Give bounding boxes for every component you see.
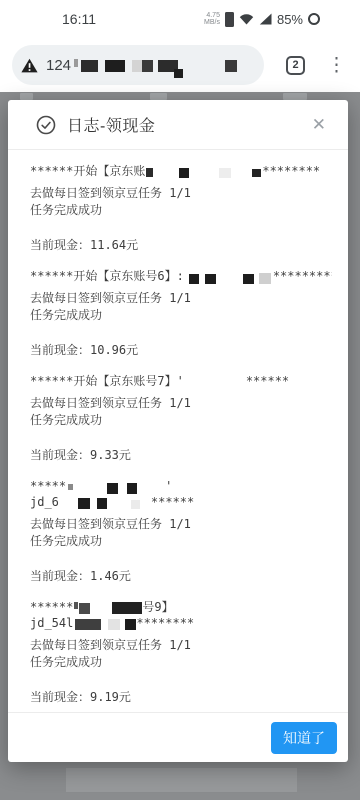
log-cash-line: 当前现金：1.46元 [30,568,332,584]
log-task-line: 去做每日签到领京豆任务 1/1 [30,395,332,412]
log-task-line: 去做每日签到领京豆任务 1/1 [30,637,332,654]
redaction-box [179,168,189,178]
log-list[interactable]: ******开始【京东账********去做每日签到领京豆任务 1/1任务完成成… [8,150,348,712]
browser-menu-button[interactable]: ⋮ [323,56,350,75]
log-text: ******开始【京东账号6】: [30,269,184,283]
redaction-box [108,619,120,630]
redaction-box [127,483,137,494]
clock: 16:11 [62,11,96,27]
url-redacted-text[interactable]: 124 [46,57,237,74]
redaction-box [75,619,101,630]
log-header-line: ******号9】 [30,599,332,615]
tab-switcher-button[interactable]: 2 [286,56,305,75]
redaction-box [107,483,118,494]
dialog-title: 日志-领现金 [67,113,155,136]
redaction-box [131,500,140,509]
status-bar: 16:11 4.75 MB/s 85% [0,0,360,38]
log-text: ****** [246,374,289,388]
battery-circle-icon [308,13,320,25]
log-result-line: 任务完成成功 [30,533,332,550]
log-task-line: 去做每日签到领京豆任务 1/1 [30,185,332,202]
log-cash-line: 当前现金：10.96元 [30,342,332,358]
redaction-box [174,69,183,78]
log-text: 124 [46,57,71,74]
log-entry: ******开始【京东账号6】:**********去做每日签到领京豆任务 1/… [30,268,332,358]
redaction-box [205,274,216,284]
redaction-box [78,498,90,509]
log-header-line: jd_6****** [30,494,332,510]
log-header-line: jd_54l******** [30,615,332,631]
log-text: ******开始【京东账号7】' [30,374,184,388]
redaction-box [252,169,261,177]
background-page-remnant [283,93,307,100]
log-entry: *****'jd_6******去做每日签到领京豆任务 1/1任务完成成功当前现… [30,478,332,584]
log-text: jd_6 [30,495,59,509]
redaction-box [68,484,73,490]
redaction-box [189,274,199,284]
log-cash-line: 当前现金：9.33元 [30,447,332,463]
log-dialog: 日志-领现金 ✕ ******开始【京东账********去做每日签到领京豆任务… [8,100,348,762]
redaction-box [132,60,142,72]
network-speed-value: 4.75 [204,12,220,20]
log-entry: ******号9】jd_54l********去做每日签到领京豆任务 1/1任务… [30,599,332,705]
log-result-line: 任务完成成功 [30,654,332,671]
redaction-box [219,168,231,178]
background-page-panel [66,768,297,792]
background-page-remnant [150,93,167,100]
status-icons: 4.75 MB/s 85% [204,12,320,27]
log-text: ********** [273,269,332,283]
dialog-header: 日志-领现金 ✕ [8,100,348,150]
battery-percent: 85% [277,12,303,27]
log-text: ****** [30,600,73,614]
log-entry: ******开始【京东账号7】'******去做每日签到领京豆任务 1/1任务完… [30,373,332,463]
log-header-line: ******开始【京东账******** [30,163,332,179]
wifi-icon [239,13,254,25]
log-text: ***** [30,479,66,493]
log-header-line: *****' [30,478,332,494]
redaction-box [142,60,153,72]
network-speed-unit: MB/s [204,19,220,27]
log-text: ' [165,479,172,493]
log-task-line: 去做每日签到领京豆任务 1/1 [30,516,332,533]
log-result-line: 任务完成成功 [30,202,332,219]
site-warning-icon[interactable] [21,58,38,73]
redaction-box [243,274,254,284]
log-text: ******** [136,616,194,630]
log-cash-line: 当前现金：11.64元 [30,237,332,253]
check-circle-icon [36,115,56,135]
redaction-box [112,602,142,614]
log-text: ****** [151,495,194,509]
redaction-box [146,168,153,177]
log-entry: ******开始【京东账********去做每日签到领京豆任务 1/1任务完成成… [30,163,332,253]
redaction-box [125,619,136,630]
redaction-box [81,60,98,72]
redaction-box [74,602,78,609]
close-icon[interactable]: ✕ [302,111,336,139]
log-task-line: 去做每日签到领京豆任务 1/1 [30,290,332,307]
log-result-line: 任务完成成功 [30,307,332,324]
network-speed-indicator: 4.75 MB/s [204,12,220,27]
background-page-remnant [20,93,33,100]
redaction-box [74,59,78,67]
redaction-box [105,60,125,72]
log-cash-line: 当前现金：9.19元 [30,689,332,705]
confirm-button[interactable]: 知道了 [271,722,337,754]
log-text: jd_54l [30,616,73,630]
log-text: ******** [262,164,320,178]
tab-count: 2 [292,59,298,71]
vpn-icon [225,12,234,27]
phone-screen: 16:11 4.75 MB/s 85% 124 [0,0,360,800]
redaction-box [97,498,107,509]
log-header-line: ******开始【京东账号7】'****** [30,373,332,389]
log-text: 号9】 [142,600,173,614]
browser-toolbar: 124 2 ⋮ [0,38,360,92]
redaction-box [259,273,271,284]
dialog-footer: 知道了 [8,712,348,762]
log-result-line: 任务完成成功 [30,412,332,429]
redaction-box [225,60,237,72]
log-header-line: ******开始【京东账号6】:********** [30,268,332,284]
redaction-box [79,603,90,614]
log-text: ******开始【京东账 [30,164,145,178]
cell-signal-icon [259,13,272,25]
address-bar[interactable]: 124 [12,45,264,85]
